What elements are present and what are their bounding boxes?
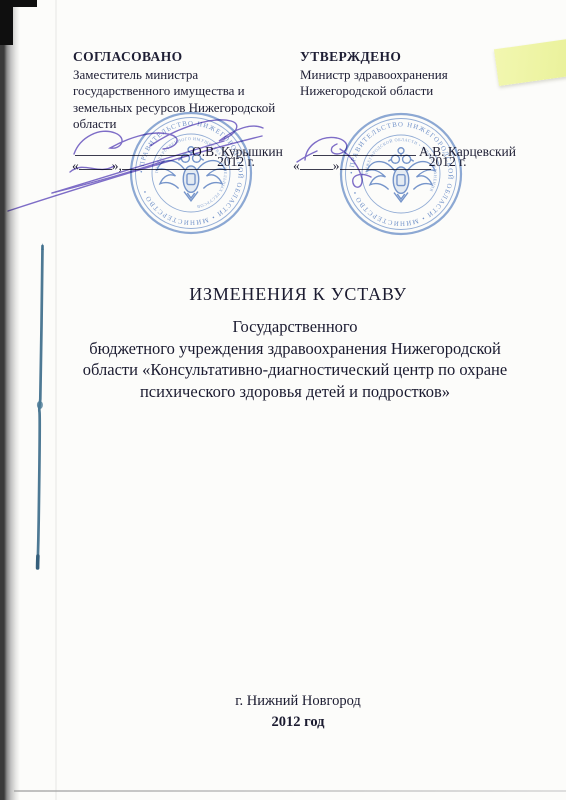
scanned-document-page: СОГЛАСОВАНО Заместитель министра государ…: [0, 0, 566, 800]
date-blank: [300, 169, 333, 170]
document-subtitle: Государственного бюджетного учреждения з…: [24, 316, 566, 402]
subtitle-line: бюджетного учреждения здравоохранения Ни…: [24, 338, 566, 360]
agreement-line: государственного имущества и: [73, 83, 305, 100]
document-title: ИЗМЕНЕНИЯ К УСТАВУ: [30, 284, 566, 305]
approval-block: УТВЕРЖДЕНО Министр здравоохранения Нижег…: [300, 49, 530, 100]
subtitle-line: области «Консультативно-диагностический …: [24, 359, 566, 381]
agreement-line: Заместитель министра: [73, 67, 305, 84]
coat-of-arms-icon: [157, 147, 225, 201]
quote-open: «: [293, 158, 300, 173]
approval-heading: УТВЕРЖДЕНО: [300, 49, 530, 66]
scan-bottom-edge: [14, 790, 566, 792]
quote-close: »,: [112, 158, 122, 173]
coat-of-arms-icon: [367, 148, 435, 202]
date-blank: [79, 169, 112, 170]
approval-line: Министр здравоохранения: [300, 67, 530, 84]
official-seal-right: • ПРАВИТЕЛЬСТВО НИЖЕГОРОДСКОЙ ОБЛАСТИ • …: [338, 111, 464, 237]
agreement-heading: СОГЛАСОВАНО: [73, 49, 305, 66]
official-seal-left: • ПРАВИТЕЛЬСТВО НИЖЕГОРОДСКОЙ ОБЛАСТИ • …: [128, 110, 254, 236]
subtitle-line: Государственного: [24, 316, 566, 338]
scan-left-edge: [0, 0, 20, 800]
document-footer: г. Нижний Новгород 2012 год: [30, 691, 566, 733]
scan-corner-artifact: [0, 0, 37, 45]
subtitle-line: психического здоровья детей и подростков…: [24, 381, 566, 403]
footer-year: 2012 год: [30, 712, 566, 733]
approval-line: Нижегородской области: [300, 83, 530, 100]
quote-open: «: [72, 158, 79, 173]
footer-city: г. Нижний Новгород: [30, 691, 566, 712]
